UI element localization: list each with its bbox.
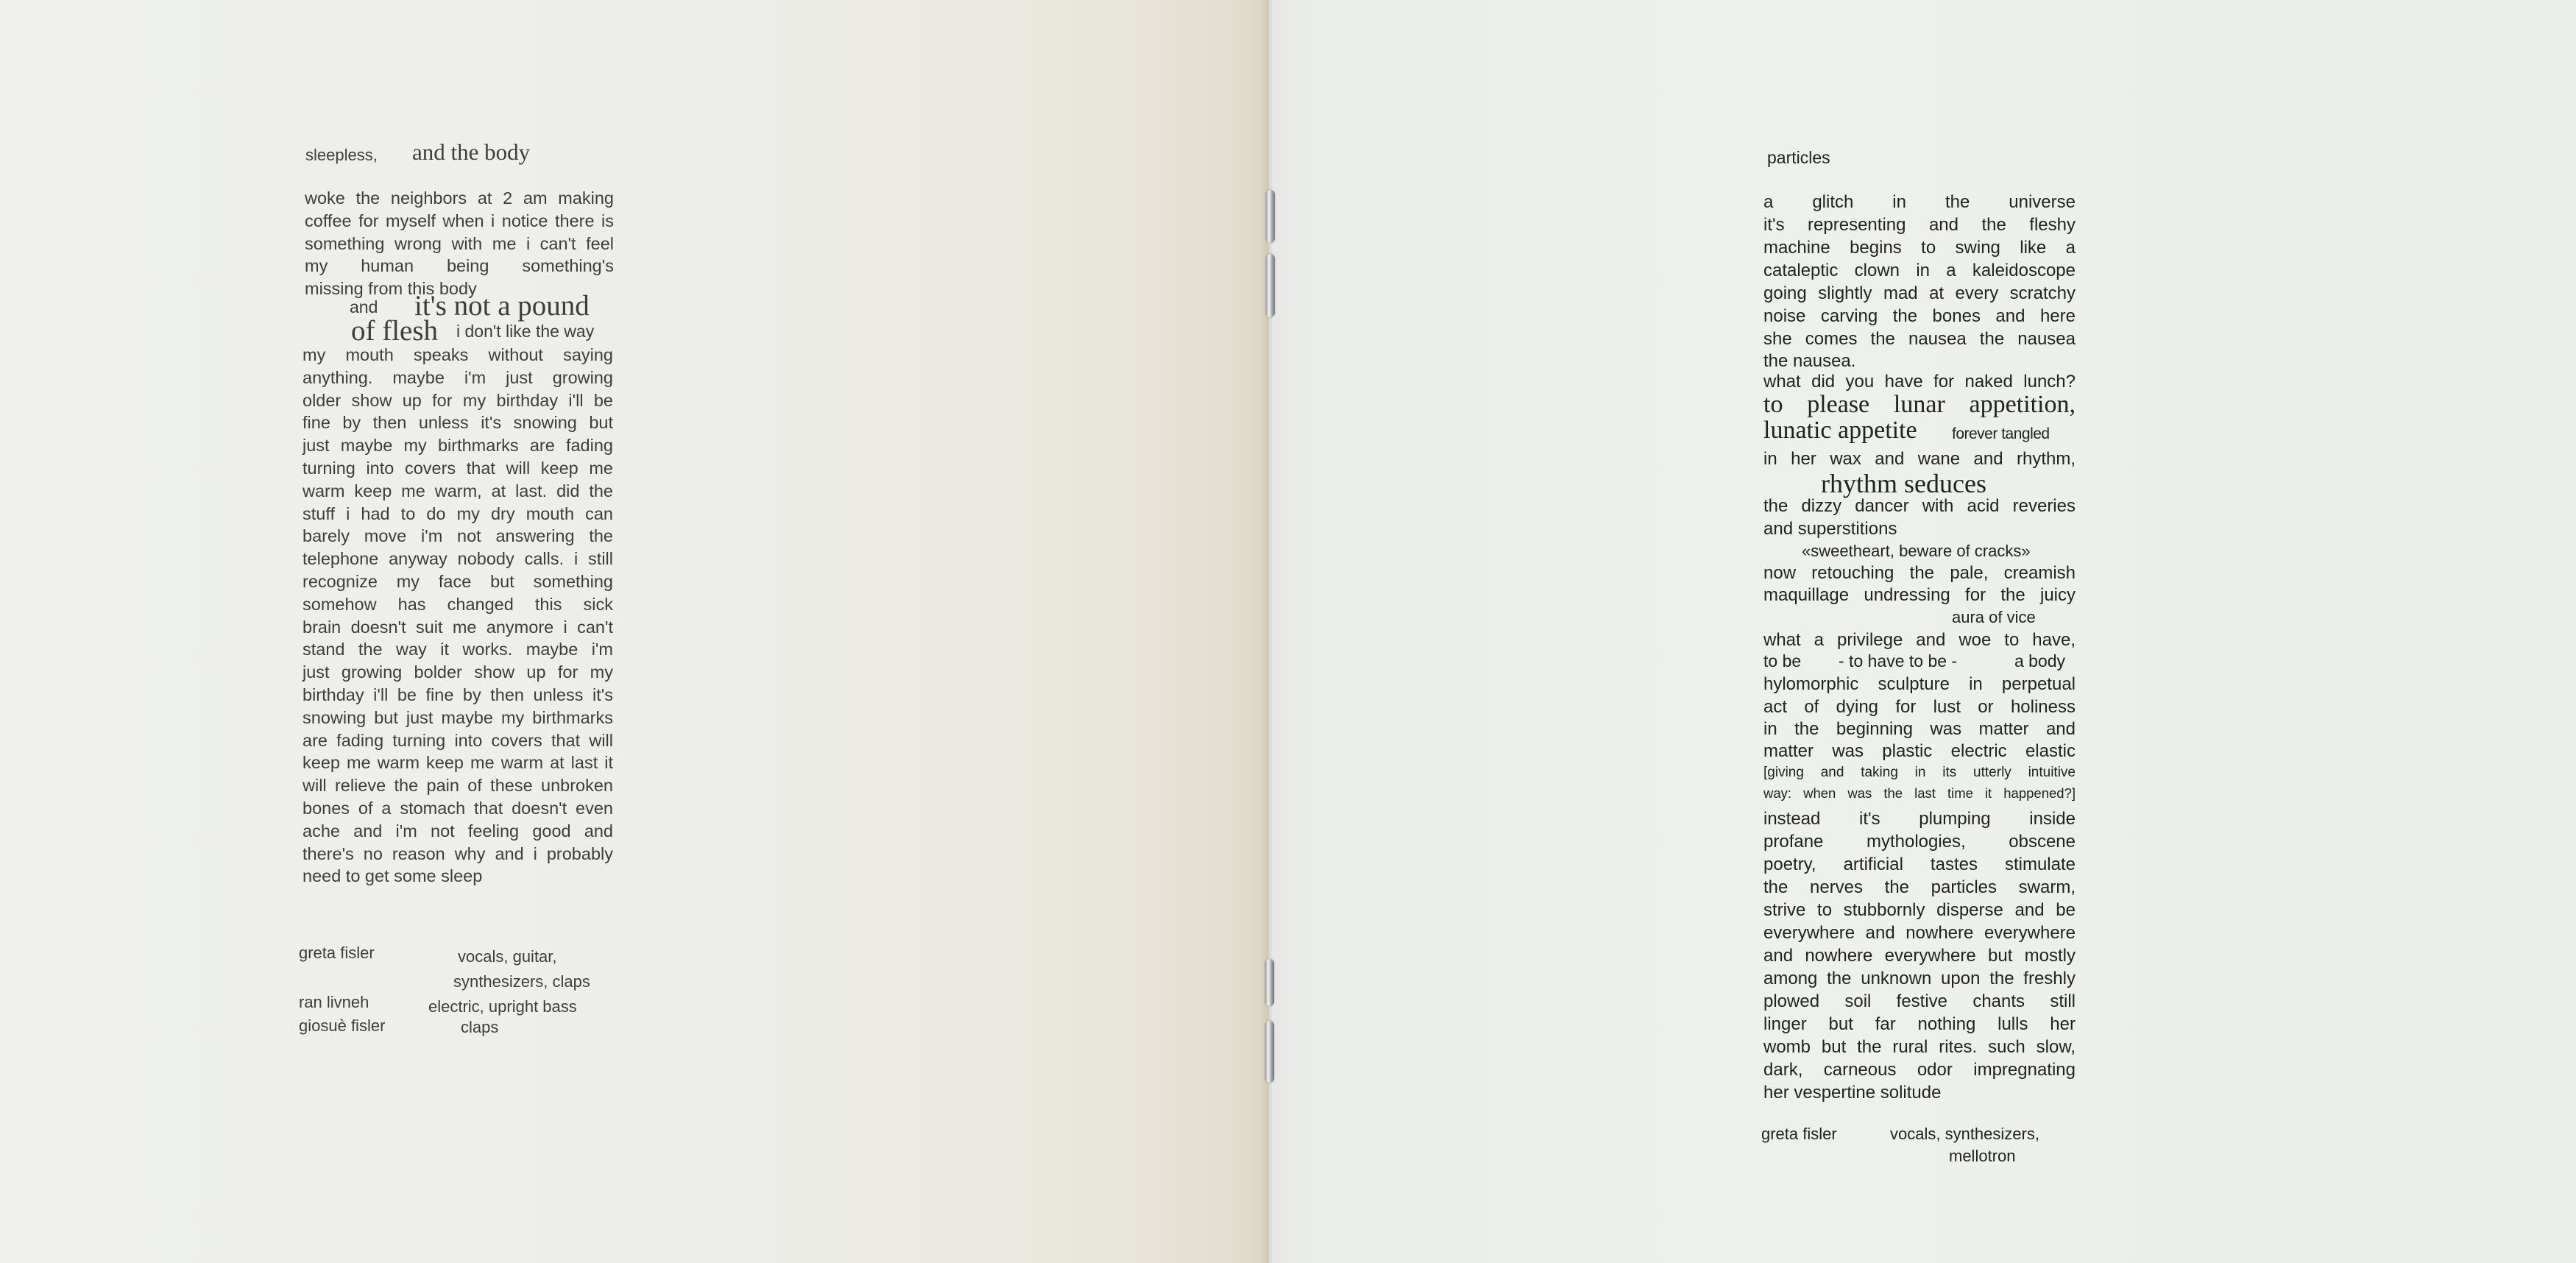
lyric-line: stand the way it works. maybe i'm <box>302 638 613 661</box>
credit-role: vocals, guitar, <box>458 947 557 966</box>
lyrics-block-2: my mouth speaks without saying anything.… <box>302 344 613 888</box>
lyric-line: just growing bolder show up for my <box>302 661 613 684</box>
left-page <box>0 0 1269 1263</box>
lyric-line: poetry, artificial tastes stimulate <box>1763 853 2076 876</box>
lyric-line: recognize my face but something <box>302 570 613 593</box>
lyric-fragment: - to have to be - <box>1839 651 1957 671</box>
lyric-line: aura of vice <box>1952 608 2036 627</box>
lyric-line: what a privilege and woe to have, <box>1763 629 2076 651</box>
lyric-emphasis-flesh: of flesh <box>351 314 438 347</box>
lyric-line: coffee for myself when i notice there is <box>305 210 614 233</box>
lyric-line: dark, carneous odor impregnating <box>1763 1058 2076 1081</box>
lyric-line: plowed soil festive chants still <box>1763 990 2076 1013</box>
lyric-line: warm keep me warm, at last. did the <box>302 480 613 503</box>
lyric-line: cataleptic clown in a kaleidoscope <box>1763 259 2076 282</box>
lyric-line: stuff i had to do my dry mouth can <box>302 503 613 526</box>
lyric-line: brain doesn't suit me anymore i can't <box>302 616 613 639</box>
lyric-line: ache and i'm not feeling good and <box>302 820 613 843</box>
staple-icon <box>1266 190 1275 243</box>
song-title-left-part1: sleepless, <box>305 146 378 165</box>
lyric-line: older show up for my birthday i'll be <box>302 389 613 412</box>
lyric-line: snowing but just maybe my birthmarks <box>302 707 613 729</box>
lyric-line: in her wax and wane and rhythm, <box>1763 447 2076 470</box>
lyric-line: something wrong with me i can't feel <box>305 233 614 255</box>
credit-name: greta fisler <box>1761 1125 1837 1144</box>
lyric-line: bones of a stomach that doesn't even <box>302 797 613 820</box>
lyric-quote: «sweetheart, beware of cracks» <box>1802 542 2031 561</box>
lyric-line: there's no reason why and i probably <box>302 843 613 866</box>
lyric-bracket-line: way: when was the last time it happened?… <box>1763 783 2076 803</box>
credit-role: vocals, synthesizers, <box>1890 1125 2039 1144</box>
lyric-line: my mouth speaks without saying <box>302 344 613 367</box>
lyric-line: maquillage undressing for the juicy <box>1763 584 2076 606</box>
lyric-line: i don't like the way <box>456 322 594 342</box>
staple-icon <box>1266 254 1275 317</box>
lyric-line: she comes the nausea the nausea <box>1763 328 2076 350</box>
lyric-bracket-line: [giving and taking in its utterly intuit… <box>1763 763 2076 782</box>
credit-role: synthesizers, claps <box>453 972 590 991</box>
staple-icon <box>1265 959 1274 1006</box>
lyric-line: machine begins to swing like a <box>1763 236 2076 259</box>
lyric-line: a glitch in the universe <box>1763 191 2076 213</box>
lyric-line: the nerves the particles swarm, <box>1763 876 2076 899</box>
lyric-line: in the beginning was matter and <box>1763 718 2076 740</box>
lyric-emphasis-appetite: lunatic appetite <box>1763 417 1917 445</box>
lyric-line: matter was plastic electric elastic <box>1763 740 2076 763</box>
lyric-line: linger but far nothing lulls her <box>1763 1013 2076 1036</box>
lyric-line: my human being something's <box>305 255 614 277</box>
lyric-line: it's representing and the fleshy <box>1763 213 2076 236</box>
credit-role: claps <box>461 1018 498 1037</box>
lyric-line: among the unknown upon the freshly <box>1763 967 2076 990</box>
lyric-line: somehow has changed this sick <box>302 593 613 616</box>
staple-icon <box>1265 1021 1274 1083</box>
lyric-line: hylomorphic sculpture in perpetual <box>1763 673 2076 696</box>
lyric-fragment: a body <box>2014 651 2065 671</box>
lyric-line: will relieve the pain of these unbroken <box>302 774 613 797</box>
lyric-line: and nowhere everywhere but mostly <box>1763 944 2076 967</box>
lyric-line: telephone anyway nobody calls. i still <box>302 548 613 570</box>
credit-name: giosuè fisler <box>299 1016 385 1036</box>
lyric-line: womb but the rural rites. such slow, <box>1763 1036 2076 1058</box>
credit-name: ran livneh <box>299 993 369 1012</box>
credit-role: electric, upright bass <box>428 997 577 1016</box>
lyric-emphasis-pound: it's not a pound <box>414 289 590 322</box>
lyric-line: noise carving the bones and here <box>1763 305 2076 328</box>
lyric-line: anything. maybe i'm just growing <box>302 367 613 389</box>
lyric-line: just maybe my birthmarks are fading <box>302 434 613 457</box>
lyric-line: her vespertine solitude <box>1763 1081 2076 1104</box>
song-title-left-part2: and the body <box>412 139 530 166</box>
lyric-line: instead it's plumping inside <box>1763 807 2076 830</box>
lyric-line: the dizzy dancer with acid reveries <box>1763 495 2076 517</box>
lyric-line: birthday i'll be fine by then unless it'… <box>302 684 613 707</box>
lyric-emphasis-line: to please lunar appetition, <box>1763 390 2076 420</box>
lyric-fragment: to be <box>1763 651 1801 671</box>
lyric-line: profane mythologies, obscene <box>1763 830 2076 853</box>
lyric-line: forever tangled <box>1952 425 2050 443</box>
lyric-line: woke the neighbors at 2 am making <box>305 187 614 210</box>
lyric-line: act of dying for lust or holiness <box>1763 696 2076 718</box>
lyric-line: everywhere and nowhere everywhere <box>1763 921 2076 944</box>
credit-name: greta fisler <box>299 944 375 963</box>
lyric-line: going slightly mad at every scratchy <box>1763 282 2076 305</box>
song-title-right: particles <box>1767 148 1830 168</box>
lyric-line: and superstitions <box>1763 517 2076 540</box>
lyric-line: keep me warm keep me warm at last it <box>302 751 613 774</box>
lyric-line: the nausea. <box>1763 350 2076 372</box>
lyric-line: barely move i'm not answering the <box>302 525 613 548</box>
lyrics-block-1: woke the neighbors at 2 am making coffee… <box>305 187 614 300</box>
lyric-line: need to get some sleep <box>302 865 613 888</box>
lyric-line: are fading turning into covers that will <box>302 729 613 752</box>
credit-role: mellotron <box>1949 1147 2015 1166</box>
lyric-line: turning into covers that will keep me <box>302 457 613 480</box>
lyric-line: fine by then unless it's snowing but <box>302 411 613 434</box>
lyric-line: strive to stubbornly disperse and be <box>1763 899 2076 921</box>
lyric-line: now retouching the pale, creamish <box>1763 562 2076 584</box>
